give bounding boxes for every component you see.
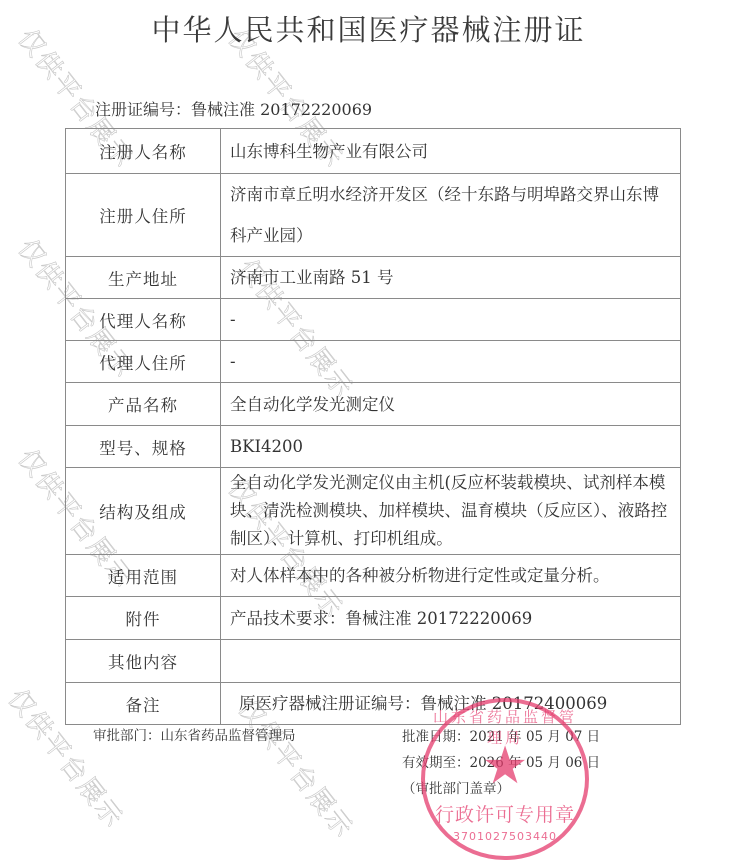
row-label: 结构及组成 xyxy=(66,468,221,555)
row-value: 产品技术要求：鲁械注准 20172220069 xyxy=(221,597,681,640)
table-row: 生产地址 济南市工业南路 51 号 xyxy=(66,257,681,299)
row-label: 备注 xyxy=(66,683,221,725)
row-value xyxy=(221,640,681,683)
row-label: 产品名称 xyxy=(66,383,221,426)
table-row: 代理人名称 - xyxy=(66,299,681,341)
row-label: 注册人名称 xyxy=(66,129,221,174)
valid-until: 有效期至：2026 年 05 月 06 日 xyxy=(402,750,600,776)
row-value: BKI4200 xyxy=(221,426,681,468)
certificate-table: 注册人名称 山东博科生物产业有限公司 注册人住所 济南市章丘明水经济开发区（经十… xyxy=(65,128,681,725)
row-label: 其他内容 xyxy=(66,640,221,683)
registration-number-line: 注册证编号：鲁械注准 20172220069 xyxy=(95,97,372,120)
document-title: 中华人民共和国医疗器械注册证 xyxy=(0,8,737,49)
table-row: 适用范围 对人体样本中的各种被分析物进行定性或定量分析。 xyxy=(66,555,681,597)
table-row: 结构及组成 全自动化学发光测定仪由主机(反应杯装载模块、试剂样本模块、清洗检测模… xyxy=(66,468,681,555)
row-value: - xyxy=(221,341,681,383)
row-label: 型号、规格 xyxy=(66,426,221,468)
row-value: 济南市章丘明水经济开发区（经十东路与明埠路交界山东博科产业园） xyxy=(221,174,681,257)
row-label: 生产地址 xyxy=(66,257,221,299)
table-row: 其他内容 xyxy=(66,640,681,683)
row-label: 代理人名称 xyxy=(66,299,221,341)
seal-note: （审批部门盖章） xyxy=(402,776,600,802)
row-value: 全自动化学发光测定仪由主机(反应杯装载模块、试剂样本模块、清洗检测模块、加样模块… xyxy=(221,468,681,555)
approval-department: 审批部门：山东省药品监督管理局 xyxy=(93,724,296,744)
approval-info: 批准日期：2021 年 05 月 07 日 有效期至：2026 年 05 月 0… xyxy=(402,724,600,802)
table-row: 代理人住所 - xyxy=(66,341,681,383)
table-row: 型号、规格 BKI4200 xyxy=(66,426,681,468)
seal-purpose: 行政许可专用章 xyxy=(425,800,585,827)
table-row: 注册人名称 山东博科生物产业有限公司 xyxy=(66,129,681,174)
row-value: 对人体样本中的各种被分析物进行定性或定量分析。 xyxy=(221,555,681,597)
row-value: 济南市工业南路 51 号 xyxy=(221,257,681,299)
row-label: 注册人住所 xyxy=(66,174,221,257)
table-row: 附件 产品技术要求：鲁械注准 20172220069 xyxy=(66,597,681,640)
row-value: - xyxy=(221,299,681,341)
table-row: 注册人住所 济南市章丘明水经济开发区（经十东路与明埠路交界山东博科产业园） xyxy=(66,174,681,257)
row-value: 山东博科生物产业有限公司 xyxy=(221,129,681,174)
registration-number: 鲁械注准 20172220069 xyxy=(191,100,372,119)
row-label: 代理人住所 xyxy=(66,341,221,383)
row-value: 原医疗器械注册证编号：鲁械注准 20172400069 xyxy=(221,683,681,725)
row-label: 附件 xyxy=(66,597,221,640)
row-value: 全自动化学发光测定仪 xyxy=(221,383,681,426)
row-label: 适用范围 xyxy=(66,555,221,597)
seal-code: 3701027503440 xyxy=(425,830,585,843)
table-row: 备注 原医疗器械注册证编号：鲁械注准 20172400069 xyxy=(66,683,681,725)
table-row: 产品名称 全自动化学发光测定仪 xyxy=(66,383,681,426)
registration-number-label: 注册证编号： xyxy=(95,100,191,119)
approval-date: 批准日期：2021 年 05 月 07 日 xyxy=(402,724,600,750)
